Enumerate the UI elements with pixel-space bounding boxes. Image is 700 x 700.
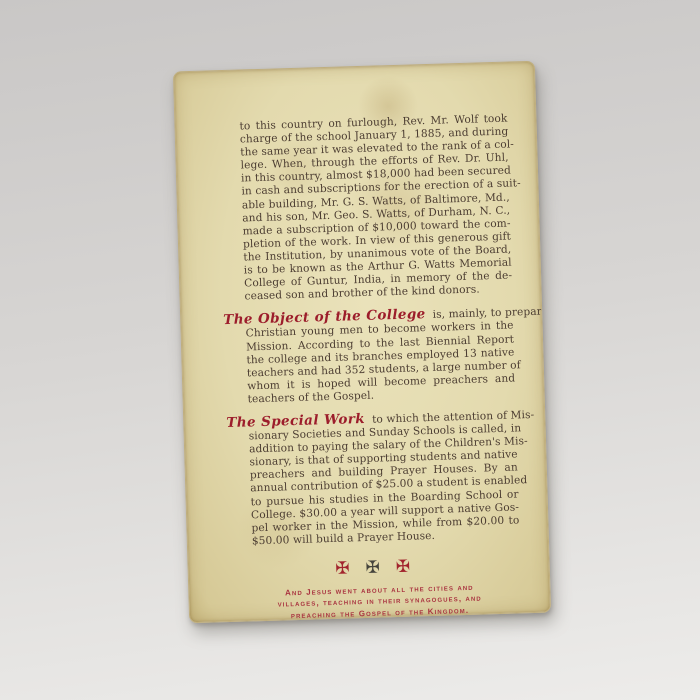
printed-text-block: to this country on furlough, Rev. Mr. Wo… bbox=[174, 62, 550, 623]
maltese-cross-icon: ✠ bbox=[396, 557, 411, 577]
photo-background: to this country on furlough, Rev. Mr. Wo… bbox=[0, 0, 700, 700]
special-section-body: sionary Societies and Sunday Schools is … bbox=[249, 423, 520, 549]
booklet-back-cover: to this country on furlough, Rev. Mr. Wo… bbox=[173, 61, 551, 623]
object-of-college-section: The Object of the Collegeis, mainly, to … bbox=[245, 306, 516, 407]
special-work-section: The Special Workto which the attention o… bbox=[248, 408, 520, 548]
scripture-quote: And Jesus went about all the cities andv… bbox=[245, 581, 514, 623]
heading-line-rest: is, mainly, to prepare bbox=[433, 306, 549, 321]
cross-ornament-row: ✠✠✠ bbox=[238, 554, 506, 581]
object-section-body: Christian young men to become workers in… bbox=[246, 320, 516, 406]
history-paragraph: to this country on furlough, Rev. Mr. Wo… bbox=[239, 113, 512, 304]
maltese-cross-icon: ✠ bbox=[365, 557, 380, 577]
maltese-cross-icon: ✠ bbox=[335, 558, 350, 578]
